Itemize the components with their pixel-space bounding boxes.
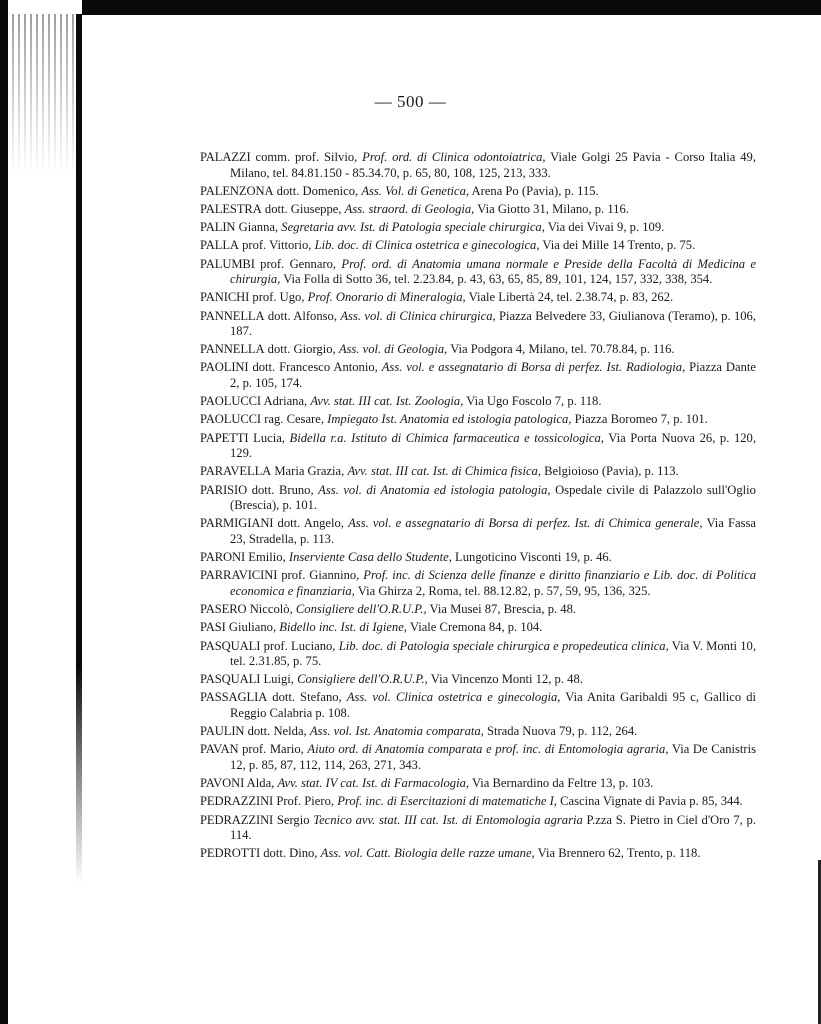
directory-entry: PALUMBI prof. Gennaro, Prof. ord. di Ana… xyxy=(200,257,756,288)
entry-role: Bidello inc. Ist. di Igiene, xyxy=(279,620,407,634)
entry-details: Via Vincenzo Monti 12, p. 48. xyxy=(431,672,583,686)
entry-role: Lib. doc. di Clinica ostetrica e ginecol… xyxy=(315,238,540,252)
entry-name: Luigi, xyxy=(263,672,293,686)
directory-entries: PALAZZI comm. prof. Silvio, Prof. ord. d… xyxy=(200,150,756,865)
entry-details: Arena Po (Pavia), p. 115. xyxy=(472,184,599,198)
entry-name: dott. Alfonso, xyxy=(268,309,337,323)
entry-role: Impiegato Ist. Anatomia ed istologia pat… xyxy=(327,412,571,426)
entry-role: Avv. stat. III cat. Ist. Zoologia, xyxy=(310,394,463,408)
directory-entry: PALLA prof. Vittorio, Lib. doc. di Clini… xyxy=(200,238,756,254)
entry-surname: PASQUALI xyxy=(200,672,260,686)
page-number: — 500 — xyxy=(0,92,821,112)
entry-name: Alda, xyxy=(247,776,275,790)
entry-surname: PALESTRA xyxy=(200,202,262,216)
directory-entry: PAPETTI Lucia, Bidella r.a. Istituto di … xyxy=(200,431,756,462)
directory-entry: PASERO Niccolò, Consigliere dell'O.R.U.P… xyxy=(200,602,756,618)
directory-entry: PEDRAZZINI Prof. Piero, Prof. inc. di Es… xyxy=(200,794,756,810)
entry-details: Piazza Boromeo 7, p. 101. xyxy=(575,412,708,426)
directory-entry: PAOLUCCI rag. Cesare, Impiegato Ist. Ana… xyxy=(200,412,756,428)
entry-surname: PASSAGLIA xyxy=(200,690,267,704)
entry-name: Sergio xyxy=(277,813,310,827)
scan-top-border xyxy=(0,0,821,15)
entry-details: Belgioioso (Pavia), p. 113. xyxy=(544,464,679,478)
entry-details: Via Ghirza 2, Roma, tel. 88.12.82, p. 57… xyxy=(358,584,651,598)
entry-surname: PARAVELLA xyxy=(200,464,271,478)
entry-role: Consigliere dell'O.R.U.P., xyxy=(297,672,428,686)
directory-entry: PASI Giuliano, Bidello inc. Ist. di Igie… xyxy=(200,620,756,636)
scan-left-border xyxy=(0,0,8,1024)
entry-surname: PARMIGIANI xyxy=(200,516,273,530)
entry-role: Tecnico avv. stat. III cat. Ist. di Ento… xyxy=(313,813,583,827)
entry-surname: PASERO xyxy=(200,602,247,616)
entry-surname: PAPETTI xyxy=(200,431,249,445)
entry-name: dott. Francesco Antonio, xyxy=(252,360,377,374)
entry-surname: PAOLUCCI xyxy=(200,394,261,408)
entry-role: Prof. ord. di Clinica odontoiatrica, xyxy=(362,150,545,164)
entry-surname: PARRAVICINI xyxy=(200,568,277,582)
entry-details: Via dei Mille 14 Trento, p. 75. xyxy=(542,238,695,252)
entry-details: Via Brennero 62, Trento, p. 118. xyxy=(538,846,701,860)
entry-details: Via Giotto 31, Milano, p. 116. xyxy=(477,202,629,216)
entry-details: Via Podgora 4, Milano, tel. 70.78.84, p.… xyxy=(450,342,674,356)
entry-role: Prof. Onorario di Mineralogia, xyxy=(308,290,466,304)
entry-name: rag. Cesare, xyxy=(264,412,324,426)
entry-name: Niccolò, xyxy=(250,602,293,616)
entry-surname: PEDRAZZINI xyxy=(200,794,273,808)
entry-role: Avv. stat. III cat. Ist. di Chimica fisi… xyxy=(347,464,541,478)
entry-role: Segretaria avv. Ist. di Patologia specia… xyxy=(281,220,545,234)
entry-role: Ass. vol. Clinica ostetrica e ginecologi… xyxy=(347,690,561,704)
directory-entry: PANICHI prof. Ugo, Prof. Onorario di Min… xyxy=(200,290,756,306)
entry-role: Ass. straord. di Geologia, xyxy=(345,202,475,216)
directory-entry: PEDRAZZINI Sergio Tecnico avv. stat. III… xyxy=(200,813,756,844)
entry-name: comm. prof. Silvio, xyxy=(256,150,358,164)
directory-entry: PARMIGIANI dott. Angelo, Ass. vol. e ass… xyxy=(200,516,756,547)
directory-entry: PARRAVICINI prof. Giannino, Prof. inc. d… xyxy=(200,568,756,599)
entry-name: Lucia, xyxy=(253,431,285,445)
entry-name: Emilio, xyxy=(248,550,285,564)
entry-name: dott. Dino, xyxy=(263,846,317,860)
entry-surname: PASI xyxy=(200,620,226,634)
entry-surname: PAOLUCCI xyxy=(200,412,261,426)
entry-role: Ass. vol. di Geologia, xyxy=(339,342,447,356)
entry-role: Ass. Vol. di Genetica, xyxy=(361,184,469,198)
directory-entry: PANNELLA dott. Giorgio, Ass. vol. di Geo… xyxy=(200,342,756,358)
directory-entry: PARAVELLA Maria Grazia, Avv. stat. III c… xyxy=(200,464,756,480)
entry-details: Viale Libertà 24, tel. 2.38.74, p. 83, 2… xyxy=(469,290,674,304)
entry-name: dott. Giuseppe, xyxy=(265,202,342,216)
entry-name: prof. Vittorio, xyxy=(242,238,311,252)
directory-entry: PALIN Gianna, Segretaria avv. Ist. di Pa… xyxy=(200,220,756,236)
entry-surname: PASQUALI xyxy=(200,639,260,653)
entry-surname: PALAZZI xyxy=(200,150,251,164)
entry-details: Via Ugo Foscolo 7, p. 118. xyxy=(466,394,601,408)
directory-entry: PAVAN prof. Mario, Aiuto ord. di Anatomi… xyxy=(200,742,756,773)
directory-entry: PASSAGLIA dott. Stefano, Ass. vol. Clini… xyxy=(200,690,756,721)
entry-role: Avv. stat. IV cat. Ist. di Farmacologia, xyxy=(277,776,469,790)
directory-entry: PASQUALI Luigi, Consigliere dell'O.R.U.P… xyxy=(200,672,756,688)
entry-role: Aiuto ord. di Anatomia comparata e prof.… xyxy=(307,742,668,756)
entry-details: Strada Nuova 79, p. 112, 264. xyxy=(487,724,637,738)
entry-details: Via Bernardino da Feltre 13, p. 103. xyxy=(472,776,653,790)
entry-surname: PALIN xyxy=(200,220,235,234)
entry-name: prof. Luciano, xyxy=(264,639,336,653)
directory-entry: PARISIO dott. Bruno, Ass. vol. di Anatom… xyxy=(200,483,756,514)
entry-role: Prof. inc. di Esercitazioni di matematic… xyxy=(337,794,557,808)
directory-entry: PALENZONA dott. Domenico, Ass. Vol. di G… xyxy=(200,184,756,200)
directory-entry: PALAZZI comm. prof. Silvio, Prof. ord. d… xyxy=(200,150,756,181)
directory-entry: PALESTRA dott. Giuseppe, Ass. straord. d… xyxy=(200,202,756,218)
entry-surname: PANNELLA xyxy=(200,342,265,356)
entry-name: Maria Grazia, xyxy=(274,464,344,478)
entry-details: Viale Cremona 84, p. 104. xyxy=(410,620,543,634)
entry-details: Lungoticino Visconti 19, p. 46. xyxy=(455,550,612,564)
directory-entry: PANNELLA dott. Alfonso, Ass. vol. di Cli… xyxy=(200,309,756,340)
entry-role: Ass. vol. e assegnatario di Borsa di per… xyxy=(382,360,686,374)
entry-name: Adriana, xyxy=(264,394,308,408)
entry-surname: PAULIN xyxy=(200,724,244,738)
entry-surname: PALUMBI xyxy=(200,257,255,271)
directory-entry: PAOLINI dott. Francesco Antonio, Ass. vo… xyxy=(200,360,756,391)
entry-name: dott. Domenico, xyxy=(277,184,359,198)
entry-surname: PANICHI xyxy=(200,290,249,304)
entry-surname: PALLA xyxy=(200,238,239,252)
entry-role: Ass. vol. e assegnatario di Borsa di per… xyxy=(348,516,702,530)
entry-name: prof. Mario, xyxy=(242,742,304,756)
entry-surname: PEDROTTI xyxy=(200,846,260,860)
entry-role: Ass. vol. di Anatomia ed istologia patol… xyxy=(318,483,550,497)
entry-name: dott. Nelda, xyxy=(248,724,307,738)
entry-surname: PAOLINI xyxy=(200,360,249,374)
directory-entry: PAVONI Alda, Avv. stat. IV cat. Ist. di … xyxy=(200,776,756,792)
entry-details: Via dei Vivai 9, p. 109. xyxy=(548,220,664,234)
directory-entry: PAOLUCCI Adriana, Avv. stat. III cat. Is… xyxy=(200,394,756,410)
entry-details: Via Folla di Sotto 36, tel. 2.23.84, p. … xyxy=(283,272,712,286)
entry-name: dott. Angelo, xyxy=(278,516,344,530)
entry-surname: PAVONI xyxy=(200,776,244,790)
entry-surname: PALENZONA xyxy=(200,184,274,198)
entry-name: Gianna, xyxy=(239,220,279,234)
entry-surname: PAVAN xyxy=(200,742,238,756)
entry-name: prof. Ugo, xyxy=(252,290,304,304)
entry-name: Prof. Piero, xyxy=(276,794,334,808)
entry-name: dott. Giorgio, xyxy=(268,342,336,356)
entry-name: prof. Gennaro, xyxy=(260,257,336,271)
directory-entry: PARONI Emilio, Inserviente Casa dello St… xyxy=(200,550,756,566)
entry-role: Inserviente Casa dello Studente, xyxy=(289,550,452,564)
entry-role: Bidella r.a. Istituto di Chimica farmace… xyxy=(290,431,604,445)
entry-details: Via Musei 87, Brescia, p. 48. xyxy=(430,602,577,616)
entry-name: dott. Stefano, xyxy=(272,690,341,704)
directory-entry: PASQUALI prof. Luciano, Lib. doc. di Pat… xyxy=(200,639,756,670)
entry-name: dott. Bruno, xyxy=(252,483,314,497)
entry-role: Ass. vol. Ist. Anatomia comparata, xyxy=(310,724,484,738)
entry-surname: PARISIO xyxy=(200,483,247,497)
entry-role: Lib. doc. di Patologia speciale chirurgi… xyxy=(339,639,669,653)
entry-role: Ass. vol. Catt. Biologia delle razze uma… xyxy=(321,846,535,860)
entry-details: Cascina Vignate di Pavia p. 85, 344. xyxy=(560,794,743,808)
directory-entry: PAULIN dott. Nelda, Ass. vol. Ist. Anato… xyxy=(200,724,756,740)
entry-surname: PANNELLA xyxy=(200,309,265,323)
entry-name: prof. Giannino, xyxy=(281,568,359,582)
entry-role: Ass. vol. di Clinica chirurgica, xyxy=(340,309,495,323)
entry-surname: PEDRAZZINI xyxy=(200,813,273,827)
entry-name: Giuliano, xyxy=(229,620,276,634)
scan-fold-line xyxy=(76,14,82,884)
entry-surname: PARONI xyxy=(200,550,245,564)
entry-role: Consigliere dell'O.R.U.P., xyxy=(296,602,427,616)
directory-entry: PEDROTTI dott. Dino, Ass. vol. Catt. Bio… xyxy=(200,846,756,862)
